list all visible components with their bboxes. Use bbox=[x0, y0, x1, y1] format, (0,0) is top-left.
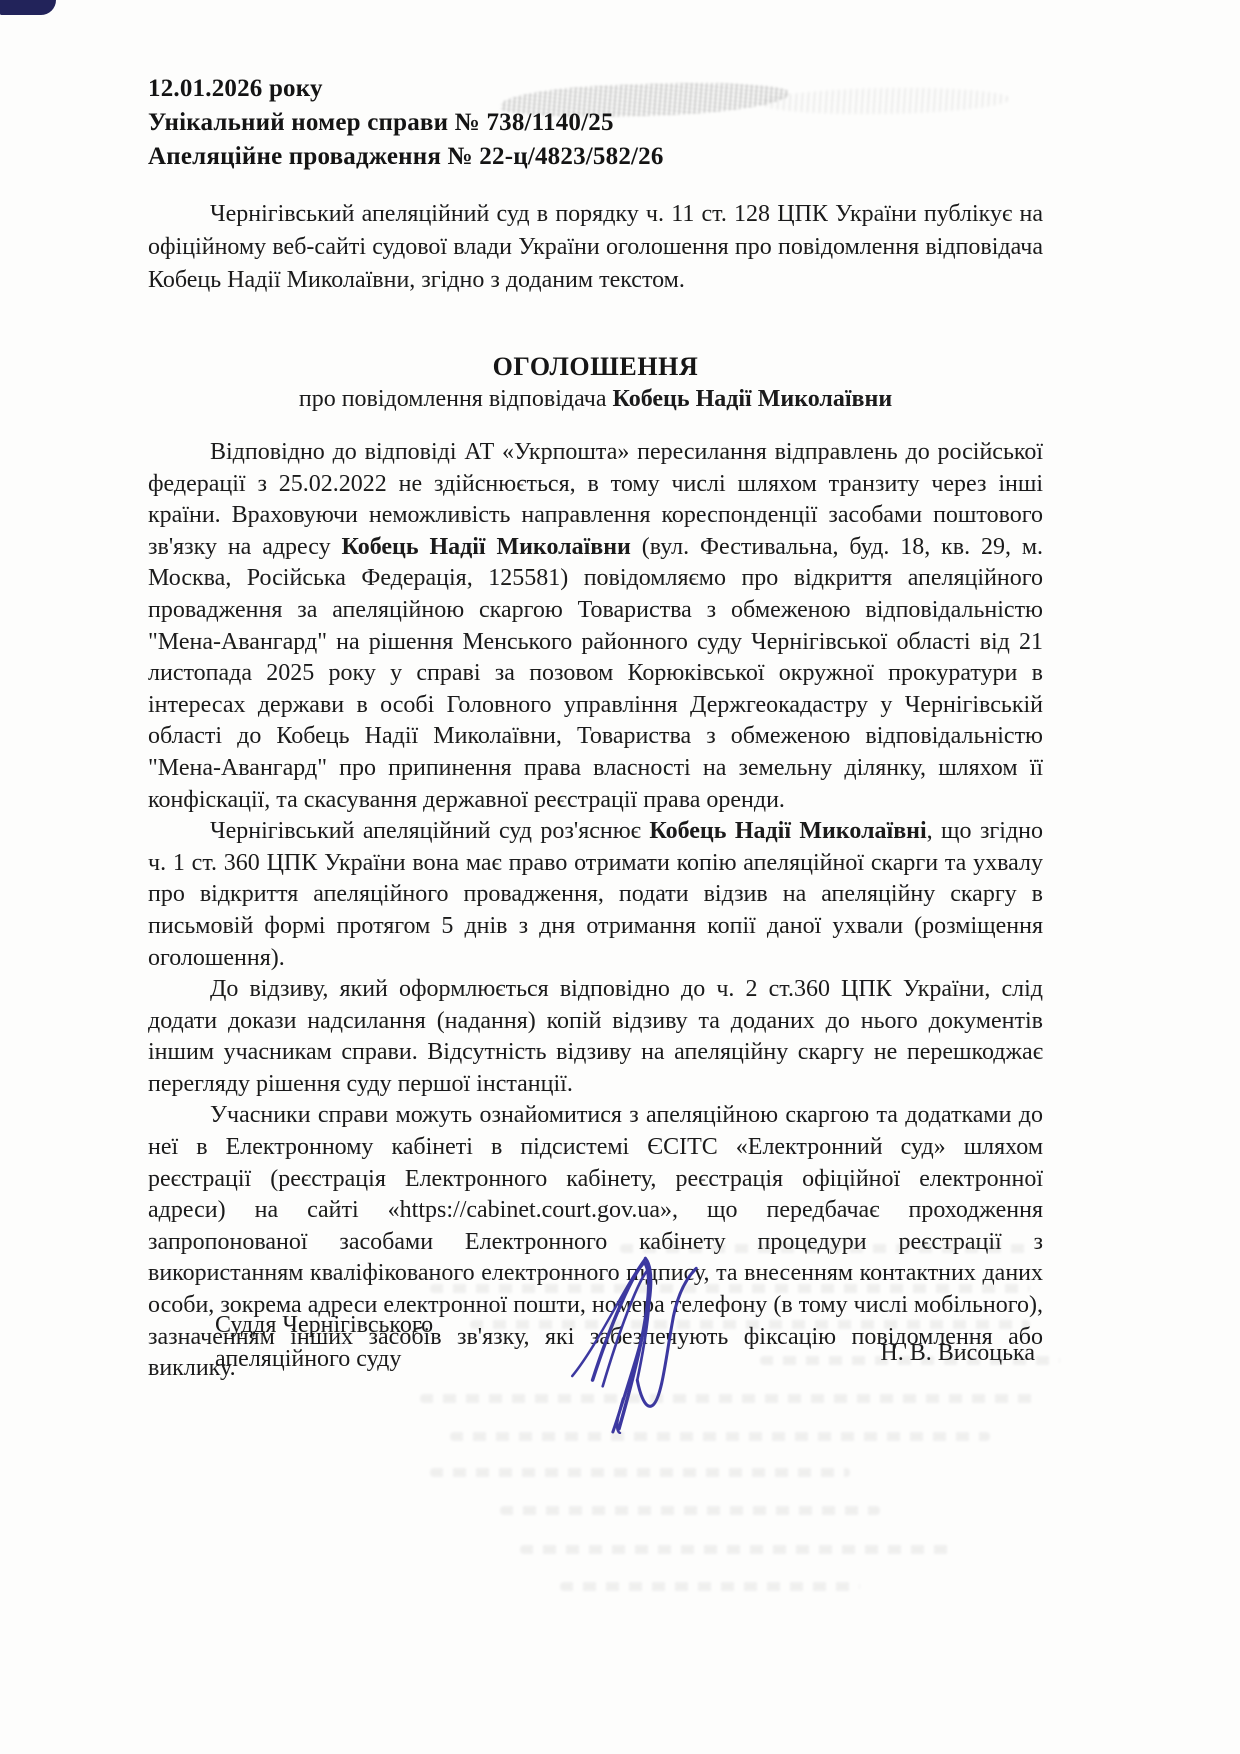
announcement-subtitle: про повідомлення відповідача Кобець Наді… bbox=[148, 386, 1043, 413]
bleed-through-artifact bbox=[470, 1320, 1030, 1329]
bleed-through-artifact bbox=[430, 1284, 1030, 1293]
text-segment: (вул. Фестивальна, буд. 18, кв. 29, м. М… bbox=[148, 534, 1043, 813]
emphasized-name: Кобець Надії Миколаївні bbox=[649, 818, 926, 844]
judge-role-label: Суддя Чернігівського апеляційного суду bbox=[215, 1308, 433, 1376]
text-segment: До відзиву, який оформлюється відповідно… bbox=[148, 976, 1043, 1097]
text-segment: Чернігівський апеляційний суд в порядку … bbox=[148, 201, 1043, 293]
document-date: 12.01.2026 року bbox=[148, 72, 664, 106]
case-number-line: Унікальний номер справи № 738/1140/25 bbox=[148, 106, 664, 140]
bleed-through-artifact bbox=[500, 1506, 880, 1515]
bleed-through-artifact bbox=[560, 1582, 860, 1591]
announcement-title-block: ОГОЛОШЕННЯ про повідомлення відповідача … bbox=[148, 352, 1043, 413]
body-paragraph-2: Чернігівський апеляційний суд роз'яснює … bbox=[148, 816, 1043, 974]
body-paragraph-1: Відповідно до відповіді АТ «Укрпошта» пе… bbox=[148, 437, 1043, 816]
judge-role-line-2: апеляційного суду bbox=[215, 1342, 433, 1376]
document-body: Відповідно до відповіді АТ «Укрпошта» пе… bbox=[148, 437, 1043, 1385]
document-header: 12.01.2026 року Унікальний номер справи … bbox=[148, 72, 664, 174]
scan-smudge-artifact-light bbox=[760, 86, 1010, 116]
bleed-through-artifact bbox=[450, 1432, 990, 1441]
announcement-title: ОГОЛОШЕННЯ bbox=[148, 352, 1043, 382]
bleed-through-artifact bbox=[430, 1468, 850, 1477]
bleed-through-artifact bbox=[420, 1394, 1040, 1403]
judge-signature-ink bbox=[558, 1246, 746, 1434]
scanned-document-page: 12.01.2026 року Унікальний номер справи … bbox=[0, 0, 1240, 1754]
appeal-proceeding-line: Апеляційне провадження № 22-ц/4823/582/2… bbox=[148, 140, 664, 174]
bleed-through-artifact bbox=[620, 1244, 1030, 1253]
emphasized-name: Кобець Надії Миколаївни bbox=[342, 534, 631, 560]
body-paragraph-3: До відзиву, який оформлюється відповідно… bbox=[148, 974, 1043, 1100]
text-segment: про повідомлення відповідача bbox=[299, 386, 613, 412]
text-segment: Чернігівський апеляційний суд роз'яснює bbox=[210, 818, 649, 844]
bleed-through-artifact bbox=[520, 1545, 950, 1554]
bleed-through-artifact bbox=[760, 1356, 1060, 1365]
intro-paragraph: Чернігівський апеляційний суд в порядку … bbox=[148, 198, 1043, 297]
judge-role-line-1: Суддя Чернігівського bbox=[215, 1308, 433, 1342]
emphasized-name: Кобець Надії Миколаївни bbox=[613, 386, 893, 412]
scan-corner-artifact bbox=[0, 0, 56, 15]
